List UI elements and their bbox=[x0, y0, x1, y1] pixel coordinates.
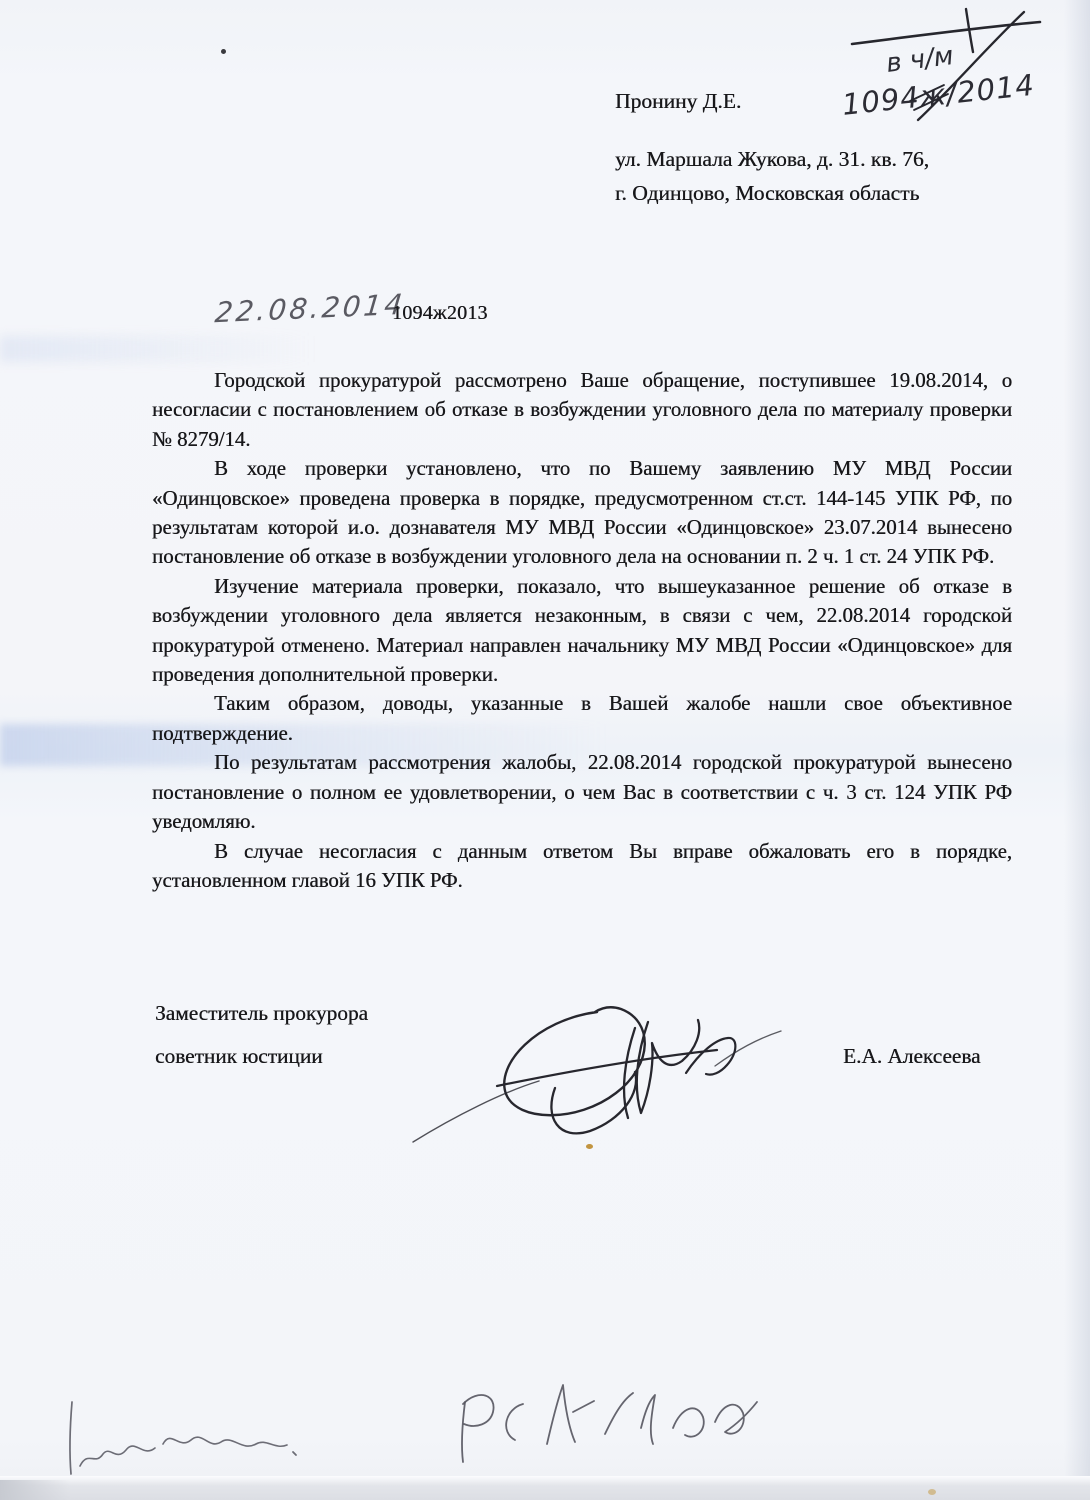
scan-edge-shade bbox=[1064, 0, 1090, 1500]
ink-speck bbox=[221, 49, 226, 54]
signer-rank-line: советник юстиции bbox=[155, 1044, 323, 1069]
addressee-address-line: ул. Маршала Жукова, д. 31. кв. 76, bbox=[615, 142, 929, 176]
body-paragraph: Таким образом, доводы, указанные в Вашей… bbox=[152, 689, 1012, 748]
pencil-note-left bbox=[50, 1392, 310, 1487]
scanned-letter-page: в ч/м 1094ж/2014 Пронину Д.Е. ул. Маршал… bbox=[0, 0, 1090, 1500]
body-paragraph: Изучение материала проверки, показало, ч… bbox=[152, 572, 1012, 690]
case-number: 1094ж2013 bbox=[392, 302, 488, 325]
body-paragraph: В случае несогласия с данным ответом Вы … bbox=[152, 837, 1012, 896]
signer-position-line: Заместитель прокурора bbox=[155, 1001, 368, 1026]
addressee-address-line: г. Одинцово, Московская область bbox=[615, 176, 929, 210]
corner-note-line1: в ч/м bbox=[885, 41, 955, 79]
body-paragraph: Городской прокуратурой рассмотрено Ваше … bbox=[152, 366, 1012, 454]
signer-name: Е.А. Алексеева bbox=[843, 1044, 980, 1069]
reference-row: 22.08.2014 1094ж2013 bbox=[215, 286, 775, 346]
pencil-note-right bbox=[443, 1372, 773, 1472]
letter-body: Городской прокуратурой рассмотрено Ваше … bbox=[152, 366, 1012, 895]
body-paragraph: В ходе проверки установлено, что по Ваше… bbox=[152, 454, 1012, 572]
addressee-name: Пронину Д.Е. bbox=[615, 84, 929, 118]
addressee-block: Пронину Д.Е. ул. Маршала Жукова, д. 31. … bbox=[615, 84, 929, 210]
body-paragraph: По результатам рассмотрения жалобы, 22.0… bbox=[152, 748, 1012, 836]
signature-scribble bbox=[385, 992, 805, 1162]
handwritten-date: 22.08.2014 bbox=[213, 288, 406, 329]
stain-dot bbox=[928, 1489, 936, 1495]
